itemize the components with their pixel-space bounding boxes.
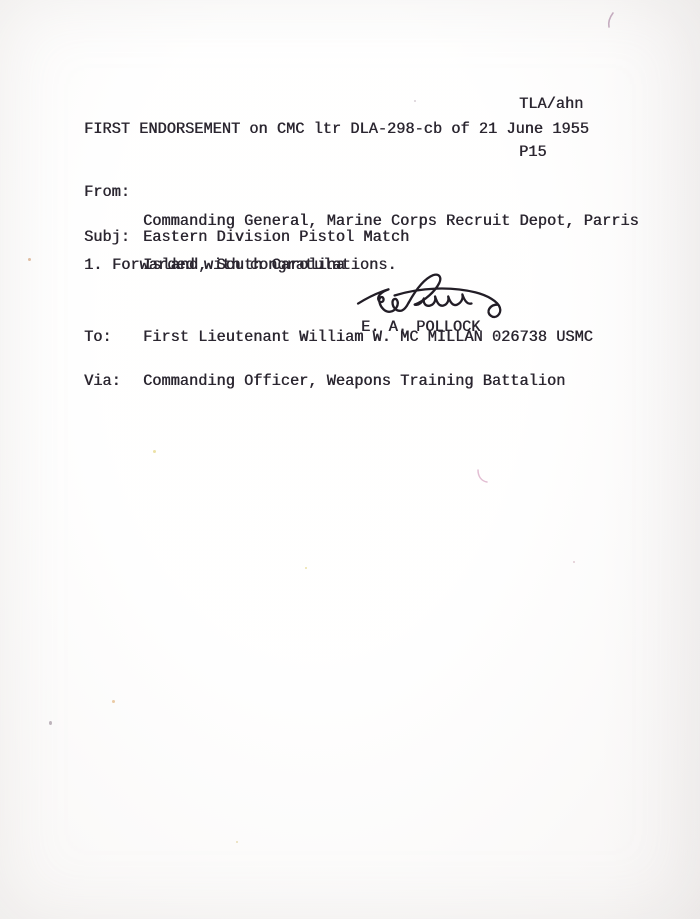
paper-speck bbox=[28, 258, 31, 261]
from-line-1: Commanding General, Marine Corps Recruit… bbox=[143, 214, 639, 229]
subject-row: Subj: Eastern Division Pistol Match bbox=[84, 230, 409, 245]
typed-signature-name: E. A. POLLOCK bbox=[361, 320, 480, 335]
address-row-via: Via: Commanding Officer, Weapons Trainin… bbox=[84, 374, 644, 389]
endorsement-heading: FIRST ENDORSEMENT on CMC ltr DLA-298-cb … bbox=[84, 122, 589, 137]
signature-stroke-ollock bbox=[415, 294, 472, 305]
document-page: TLA/ahn P15 FIRST ENDORSEMENT on CMC ltr… bbox=[0, 0, 700, 919]
paper-speck bbox=[305, 567, 307, 569]
paper-speck bbox=[49, 721, 52, 725]
subject-value: Eastern Division Pistol Match bbox=[143, 230, 409, 245]
body-paragraph: 1. Forwarded with congratulations. bbox=[84, 258, 397, 273]
paper-speck bbox=[573, 561, 575, 563]
reference-code-line1: TLA/ahn bbox=[519, 96, 583, 112]
paper-speck bbox=[236, 841, 238, 843]
paper-speck bbox=[414, 100, 416, 102]
via-label: Via: bbox=[84, 374, 143, 389]
paragraph-number: 1. bbox=[84, 258, 112, 273]
via-value: Commanding Officer, Weapons Training Bat… bbox=[143, 374, 565, 389]
paper-speck bbox=[153, 450, 156, 453]
pen-mark-mid-right bbox=[475, 468, 489, 484]
to-label: To: bbox=[84, 330, 143, 345]
paragraph-text: Forwarded with congratulations. bbox=[112, 258, 397, 273]
paper-speck bbox=[112, 700, 115, 703]
pen-mark-top-right bbox=[605, 11, 617, 29]
subject-label: Subj: bbox=[84, 230, 143, 245]
